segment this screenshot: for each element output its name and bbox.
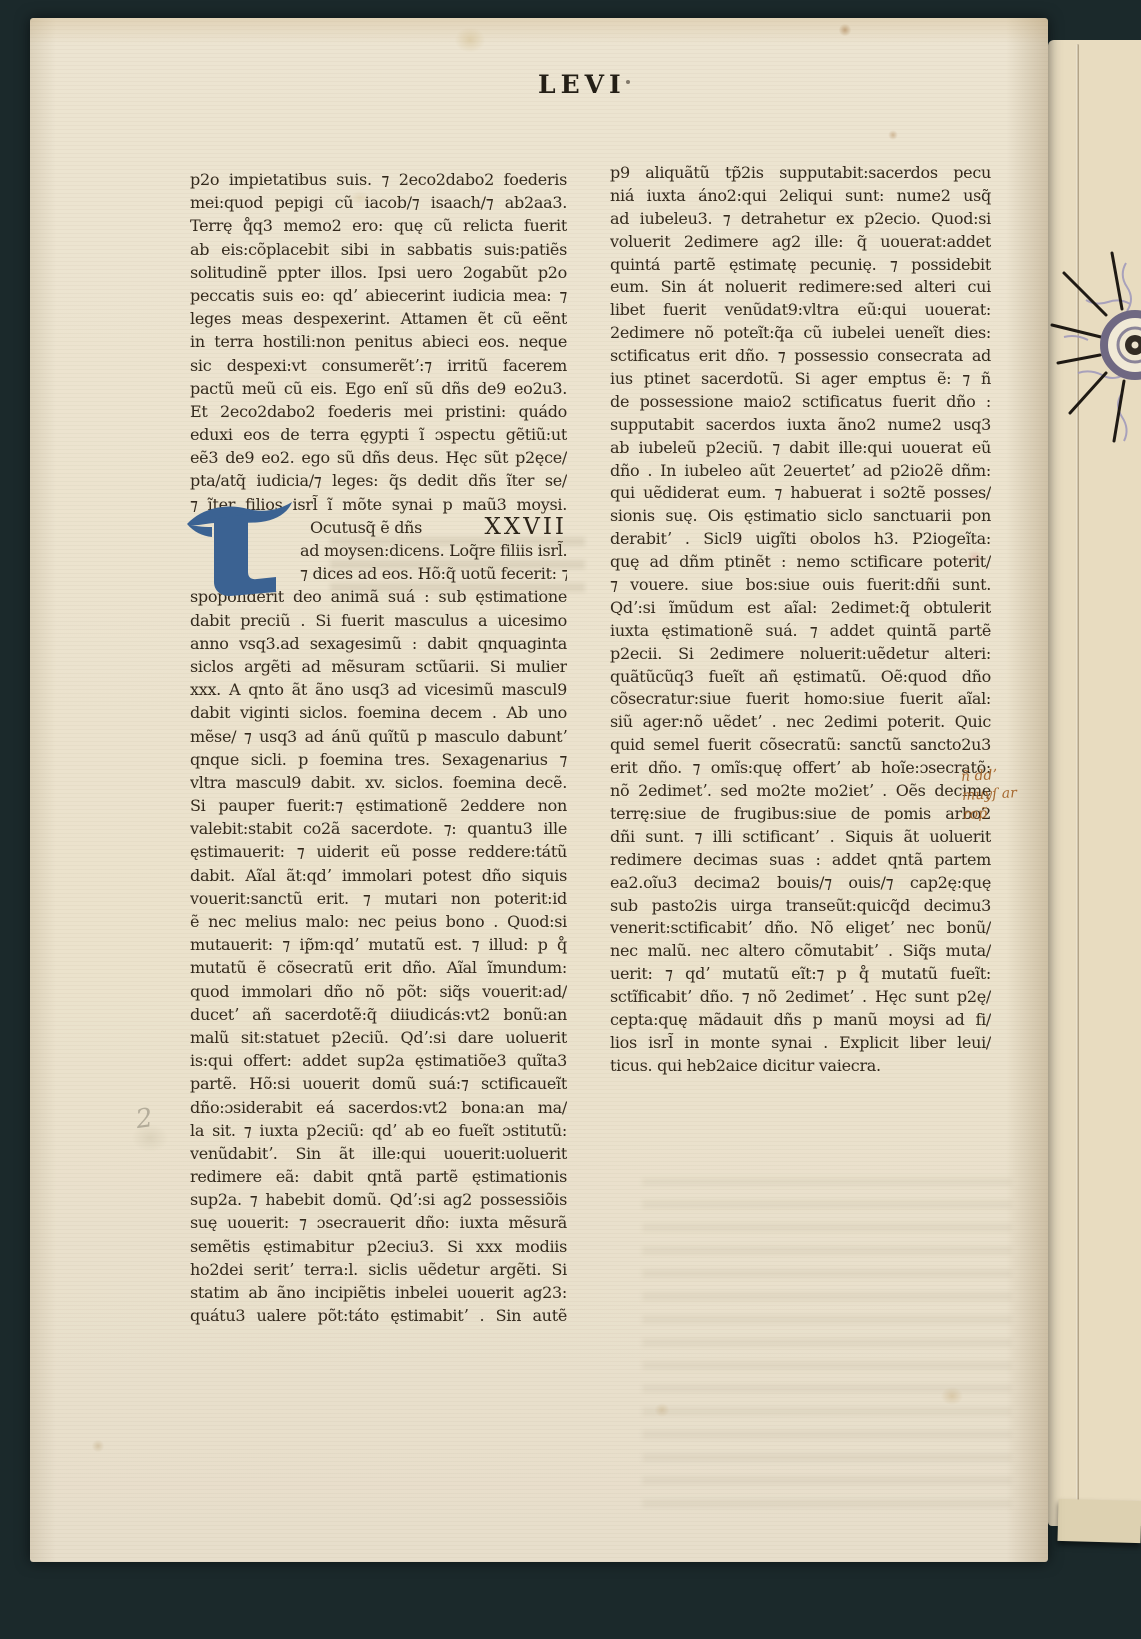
text-line: la sit. ⁊ iuxta p2eciũ: qdʼ ab eo fueĩt …: [190, 1119, 567, 1142]
folio-mark: 2: [134, 1103, 155, 1135]
text-line: siclos argẽti ad mẽsuram sctũarii. Si mu…: [190, 655, 567, 678]
text-line: sub pasto2is uirga transeũt:quicq̃d deci…: [610, 895, 991, 918]
text-line: peccatis suis eo: qdʼ abiecerint iudicia…: [190, 284, 567, 307]
show-through: [642, 1178, 1012, 1508]
text-line: dabit preciũ . Si fuerit masculus a uice…: [190, 609, 567, 632]
text-column-right: p9 aliquãtũ tp̃2is supputabit:sacerdos p…: [610, 162, 991, 1078]
text-line: sup2a. ⁊ habebit domũ. Qdʼ:si ag2 posses…: [190, 1188, 567, 1211]
text-line: eẽ3 de9 eo2. ego sũ dñs deus. Hęc sũt p2…: [190, 446, 567, 469]
text-column-left: p2o impietatibus suis. ⁊ 2eco2dabo2 foed…: [190, 168, 567, 1327]
text-line: ab eis:cõplacebit sibi in sabbatis suis:…: [190, 238, 567, 261]
ink-dot: [626, 80, 630, 84]
text-line: redimere eã: dabit qntã partẽ ęstimation…: [190, 1165, 567, 1188]
text-line: cõsecratur:siue fuerit homo:siue fuerit …: [610, 688, 991, 711]
text-line: ab iubeleũ p2eciũ. ⁊ dabit ille:qui uoue…: [610, 437, 991, 460]
text-line: siũ ager:nõ uẽdetʼ . nec 2edimi poterit.…: [610, 711, 991, 734]
illuminated-initial-L: [184, 500, 296, 604]
photographed-book-spread: LEVI p2o impietatibus suis. ⁊ 2eco2dabo2…: [0, 0, 1141, 1639]
text-line: qui uẽdiderat eum. ⁊ habuerat i so2tẽ po…: [610, 482, 991, 505]
text-line: quátu3 ualere põt:táto ęstimabitʼ . Sin …: [190, 1304, 567, 1327]
text-line: ẽ nec melius malo: nec peius bono . Quod…: [190, 910, 567, 933]
chapter-first-words: Ocutusq̃ ẽ dñs: [310, 516, 422, 539]
text-line: quod immolari dño nõ põt: siq̃s vouerit:…: [190, 980, 567, 1003]
text-line: malũ sit:statuet p2eciũ. Qdʼ:si dare uol…: [190, 1026, 567, 1049]
text-line: statim ab ãno incipiẽtis inbelei uouerit…: [190, 1281, 567, 1304]
column-lines: p9 aliquãtũ tp̃2is supputabit:sacerdos p…: [610, 162, 991, 1078]
text-line: mei:quod pepigi cũ iacob/⁊ isaach/⁊ ab2a…: [190, 191, 567, 214]
text-line: eduxi eos de terra ęgypti ĩ ɔspectu gẽti…: [190, 423, 567, 446]
text-line: erit dño. ⁊ omĩs:quę offertʼ ab hoĩe:ɔse…: [610, 757, 991, 780]
text-line: sionis suę. Ois ęstimatio siclo sanctuar…: [610, 505, 991, 528]
text-line: ius ptinet sacerdotũ. Si ager emptus ẽ: …: [610, 368, 991, 391]
running-title: LEVI: [538, 70, 626, 99]
text-line: ducetʼ añ sacerdotẽ:q̃ diiudicás:vt2 bon…: [190, 1003, 567, 1026]
text-line: Terrę q̊q3 memo2 ero: quę cũ relicta fue…: [190, 214, 567, 237]
text-line: supputabit sacerdos iuxta ãno2 nume2 usq…: [610, 414, 991, 437]
text-line: ea2.oĩu3 decima2 bouis/⁊ ouis/⁊ cap2ę:qu…: [610, 872, 991, 895]
under-leaf-edge: [1057, 1499, 1141, 1543]
sunburst-decoration-icon: [1056, 245, 1141, 457]
text-line: cepta:quę mãdauit dñs p manũ moysi ad fi…: [610, 1009, 991, 1032]
text-line: sctificatus erit dño. ⁊ possessio consec…: [610, 345, 991, 368]
chapter-opening: Ocutusq̃ ẽ dñs XXVII ad moysen:dicens. L…: [190, 516, 567, 586]
text-line: vouerit:sanctũ erit. ⁊ mutari non poteri…: [190, 887, 567, 910]
text-line: derabitʼ . Sicl9 uigĩti obolos h3. P2iog…: [610, 528, 991, 551]
text-line: dño . In iubeleo aũt 2euertetʼ ad p2io2ẽ…: [610, 460, 991, 483]
text-line: ęstimauerit: ⁊ uiderit eũ posse reddere:…: [190, 840, 567, 863]
text-line: dabit. Aĩal ãt:qdʼ immolari potest dño s…: [190, 864, 567, 887]
text-line: quintá partẽ ęstimatę pecunię. ⁊ posside…: [610, 254, 991, 277]
text-line: redimere decimas suas : addet qntã parte…: [610, 849, 991, 872]
text-line: Qdʼ:si ĩmũdum est aĩal: 2edimet:q̃ obtul…: [610, 597, 991, 620]
column-part-after-initial: spoponderit deo animã suá : sub ęstimati…: [190, 585, 567, 1327]
text-line: quãtũcũq3 fueĩt añ ęstimatũ. Oẽ:quod dño: [610, 666, 991, 689]
text-line: terrę:siue de frugibus:siue de pomis arb…: [610, 803, 991, 826]
text-line: is:qui offert: addet sup2a ęstimatiõe3 q…: [190, 1049, 567, 1072]
column-part-before-chapter: p2o impietatibus suis. ⁊ 2eco2dabo2 foed…: [190, 168, 567, 516]
text-line: anno vsq3.ad sexagesimũ : dabit qnquagin…: [190, 632, 567, 655]
marginal-annotation: ñ ddʼ muyſ ar rop̃: [961, 764, 1040, 825]
text-line: ticus. qui heb2aice dicitur vaiecra.: [610, 1055, 991, 1078]
text-line: sctĩficabitʼ dño. ⁊ nõ 2edimetʼ . Hęc su…: [610, 986, 991, 1009]
chapter-number: XXVII: [484, 516, 567, 539]
text-line: semẽtis ęstimabitur p2eciu3. Si xxx modi…: [190, 1235, 567, 1258]
text-line: de possessione maio2 sctificatus fuerit …: [610, 391, 991, 414]
text-line: venũdabitʼ. Sin ãt ille:qui uouerit:uolu…: [190, 1142, 567, 1165]
text-line: libet fuerit venũdat9:vltra eũ:qui uouer…: [610, 299, 991, 322]
text-line: xxx. A qnto ãt ãno usq3 ad vicesimũ masc…: [190, 678, 567, 701]
text-line: ho2dei seritʼ terra:l. siclis uẽdetur ar…: [190, 1258, 567, 1281]
text-line: solitudinẽ ppter illos. Ipsi uero 2ogabũ…: [190, 261, 567, 284]
text-line: voluerit 2edimere ag2 ille: q̃ uouerat:a…: [610, 231, 991, 254]
text-line: Si pauper fuerit:⁊ ęstimationẽ 2eddere n…: [190, 794, 567, 817]
text-line: dñi sunt. ⁊ illi sctificantʼ . Siquis ãt…: [610, 826, 991, 849]
text-line: dño:ɔsiderabit eá sacerdos:vt2 bona:an m…: [190, 1096, 567, 1119]
text-line: dabit viginti siclos. foemina decem . Ab…: [190, 701, 567, 724]
text-line: p2o impietatibus suis. ⁊ 2eco2dabo2 foed…: [190, 168, 567, 191]
text-line: iuxta ęstimationẽ suá. ⁊ addet quintã pa…: [610, 620, 991, 643]
text-line: nec malũ. nec altero cõmutabitʼ . Siq̃s …: [610, 940, 991, 963]
text-line: ad iubeleu3. ⁊ detrahetur ex p2ecio. Quo…: [610, 208, 991, 231]
text-line: pactũ meũ cũ eis. Ego enĩ sũ dñs de9 eo2…: [190, 377, 567, 400]
text-line: suę uouerit: ⁊ ɔsecrauerit dño: iuxta mẽ…: [190, 1211, 567, 1234]
text-line: venerit:sctificabitʼ dño. Nõ eligetʼ nec…: [610, 917, 991, 940]
text-line: lios isrl̃ in monte synai . Explicit lib…: [610, 1032, 991, 1055]
book-page: LEVI p2o impietatibus suis. ⁊ 2eco2dabo2…: [30, 18, 1048, 1562]
text-line: sic despexi:vt consumerẽtʼ:⁊ irritũ face…: [190, 354, 567, 377]
text-line: valebit:stabit co2ã sacerdote. ⁊: quantu…: [190, 817, 567, 840]
text-line: leges meas despexerint. Attamen ẽt cũ eẽ…: [190, 307, 567, 330]
text-line: 2edimere nõ poteĩt:q̃a cũ iubelei ueneĩt…: [610, 322, 991, 345]
text-line: p2ecii. Si 2edimere noluerit:uẽdetur alt…: [610, 643, 991, 666]
text-line: mutauerit: ⁊ ip̃m:qdʼ mutatũ est. ⁊ illu…: [190, 933, 567, 956]
text-line: qnque sicli. p foemina tres. Sexagenariu…: [190, 748, 567, 771]
text-line: quę ad dñm ptinẽt : nemo sctificare pote…: [610, 551, 991, 574]
text-line: nõ 2edimetʼ. sed mo2te mo2ietʼ . Oẽs dec…: [610, 780, 991, 803]
text-line: eum. Sin át noluerit redimere:sed alteri…: [610, 276, 991, 299]
text-line: uerit: ⁊ qdʼ mutatũ eĩt:⁊ p q̊ mutatũ fu…: [610, 963, 991, 986]
text-line: partẽ. Hõ:si uouerit domũ suá:⁊ sctifica…: [190, 1072, 567, 1095]
text-line: Et 2eco2dabo2 foederis mei pristini: quá…: [190, 400, 567, 423]
text-line: pta/atq̃ iudicia/⁊ leges: q̃s dedit dñs …: [190, 469, 567, 492]
marginal-line: rop̃: [963, 802, 1040, 825]
text-line: mẽse/ ⁊ usq3 ad ánũ quĩtũ p masculo dabu…: [190, 725, 567, 748]
text-line: quid semel fuerit cõsecratũ: sanctũ sanc…: [610, 734, 991, 757]
chapter-line: ad moysen:dicens. Loq̃re filiis isrl̃.: [300, 539, 567, 562]
text-line: in terra hostili:non penitus abieci eos.…: [190, 330, 567, 353]
chapter-line: ⁊ dices ad eos. Hõ:q̃ uotũ fecerit: ⁊: [300, 562, 567, 585]
text-line: p9 aliquãtũ tp̃2is supputabit:sacerdos p…: [610, 162, 991, 185]
text-line: vltra mascul9 dabit. xv. siclos. foemina…: [190, 771, 567, 794]
text-line: niá iuxta áno2:qui 2eliqui sunt: nume2 u…: [610, 185, 991, 208]
text-line: mutatũ ẽ cõsecratũ erit dño. Aĩal ĩmundu…: [190, 956, 567, 979]
text-line: ⁊ vouere. siue bos:siue ouis fuerit:dñi …: [610, 574, 991, 597]
